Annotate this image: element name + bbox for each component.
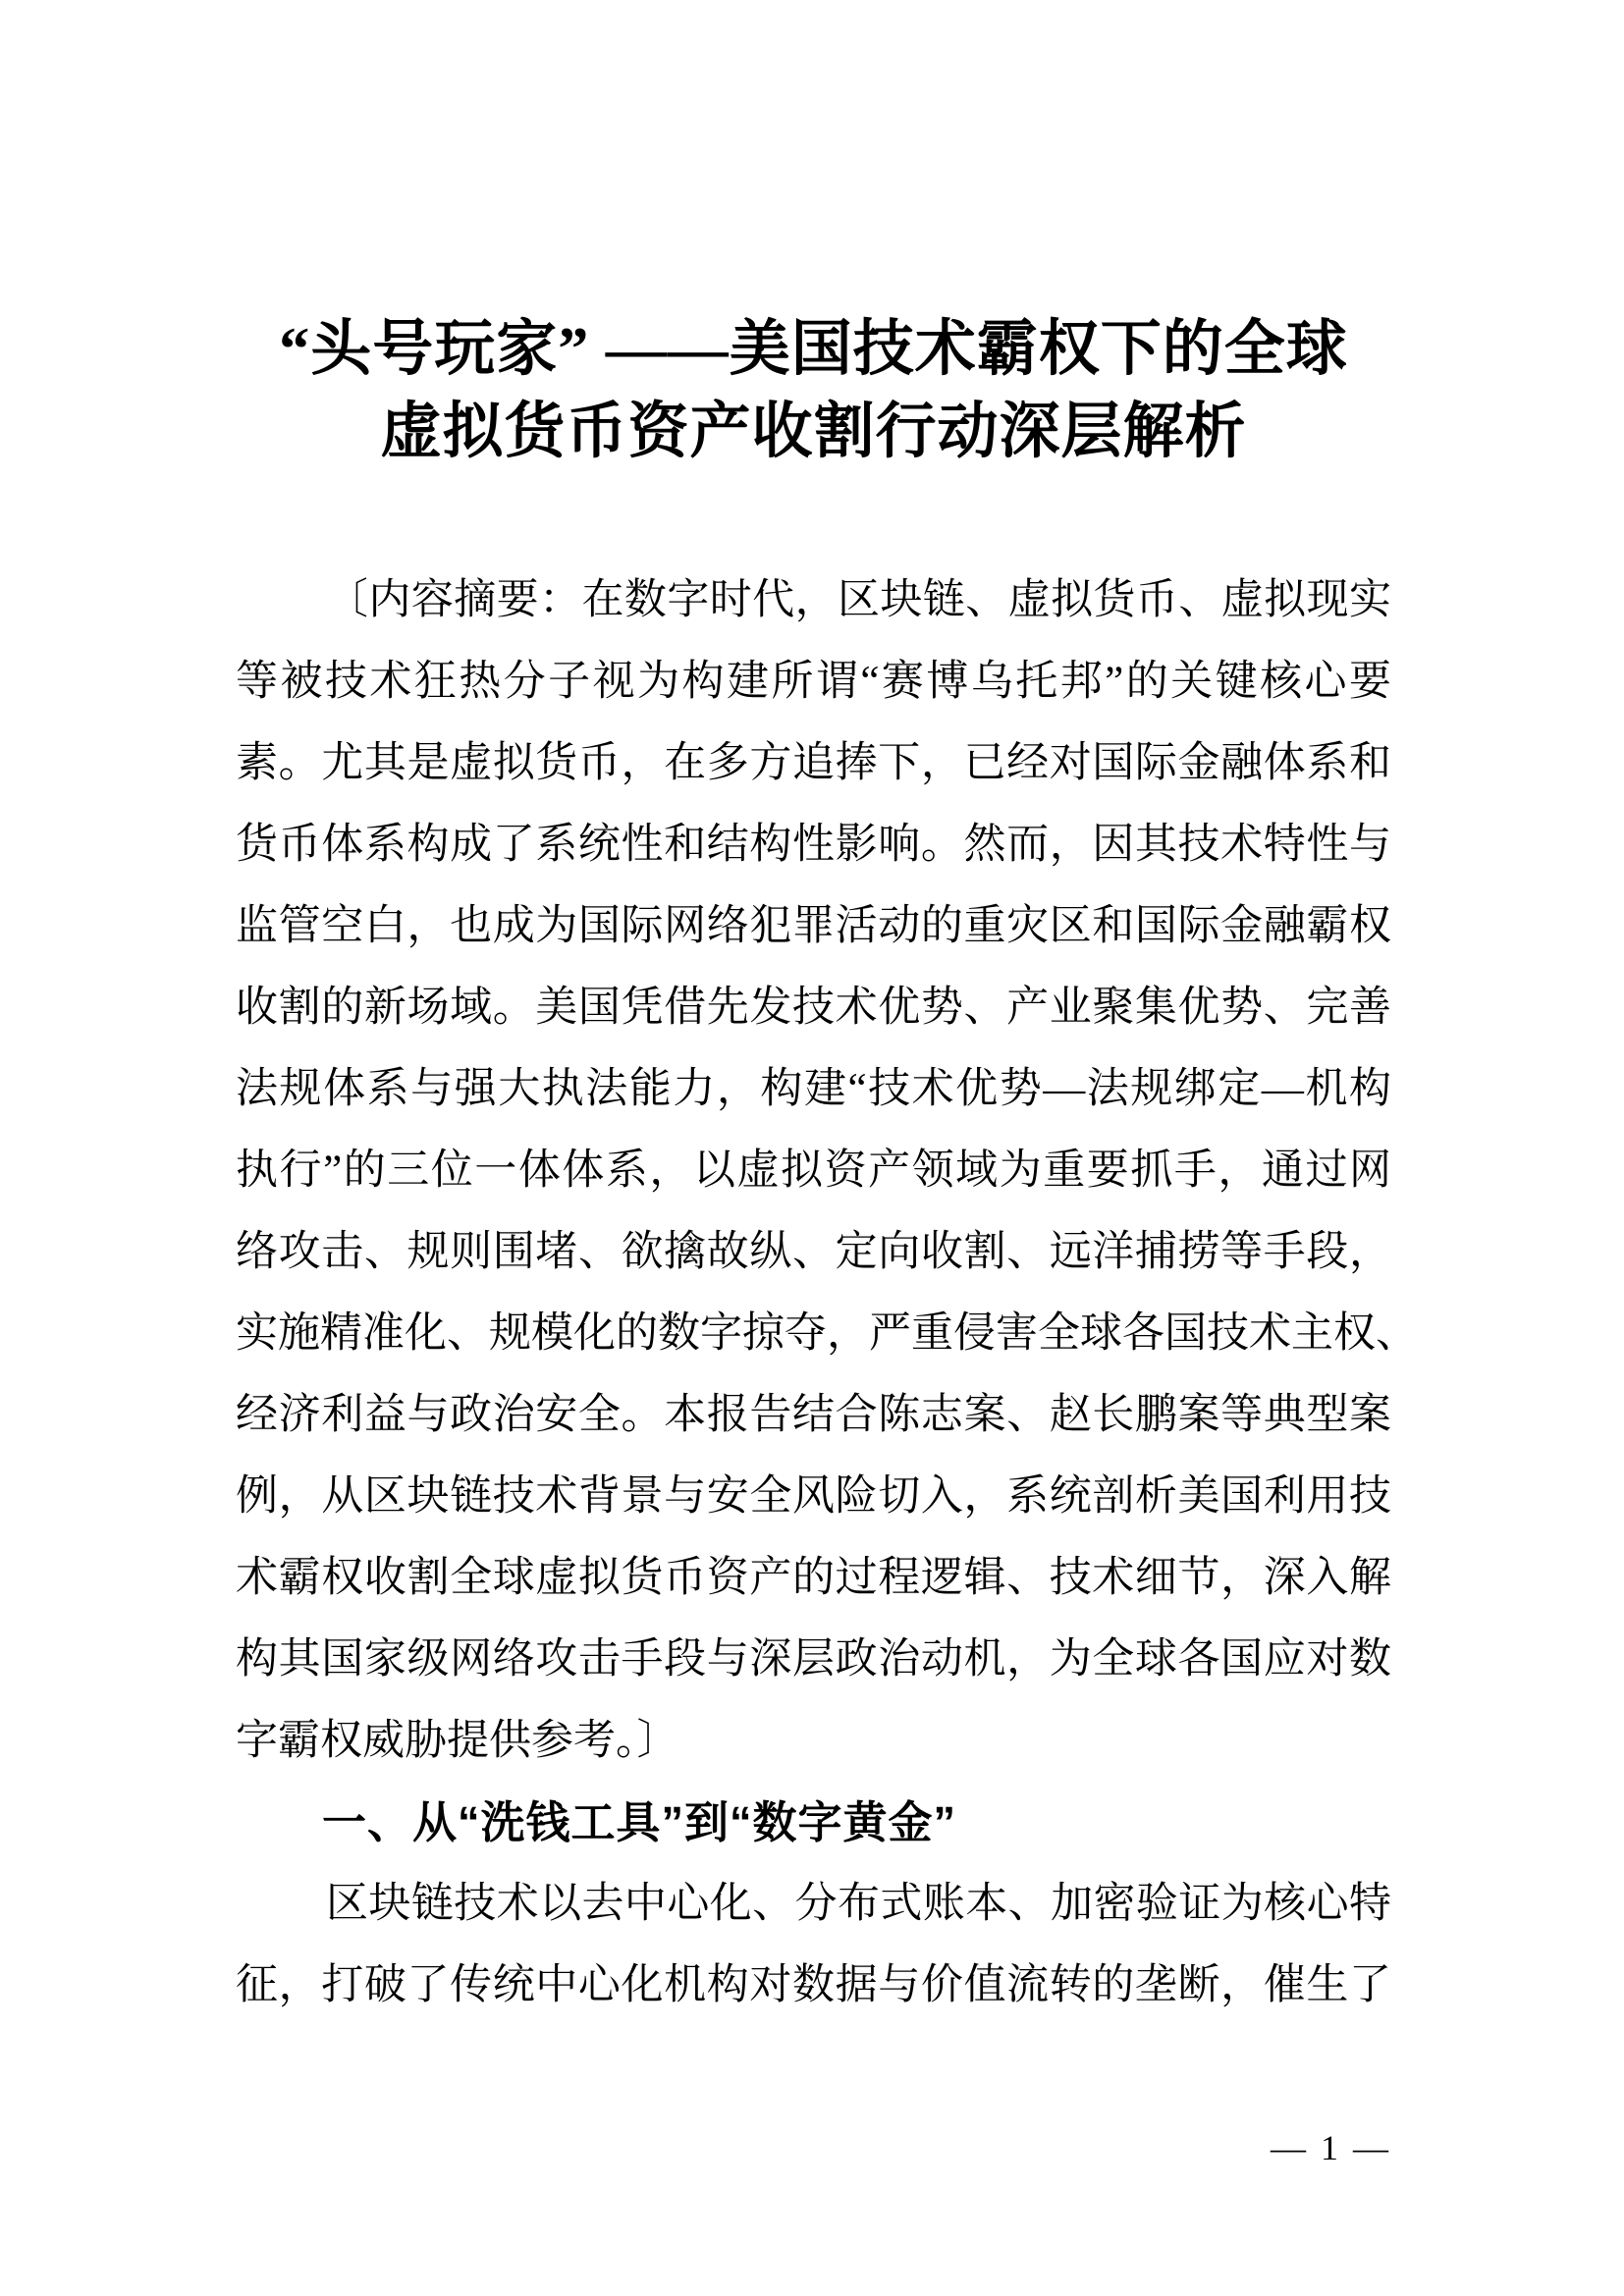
abstract-line-3: 素。尤其是虚拟货币，在多方追捧下，已经对国际金融体系和 (236, 722, 1391, 804)
abstract-line-5: 监管空白，也成为国际网络犯罪活动的重灾区和国际金融霸权 (236, 885, 1391, 967)
section-1-paragraph-line-2: 征，打破了传统中心化机构对数据与价值流转的垄断，催生了 (236, 1945, 1391, 2026)
abstract-line-12: 例，从区块链技术背景与安全风险切入，系统剖析美国利用技 (236, 1456, 1391, 1537)
abstract-line-14: 构其国家级网络攻击手段与深层政治动机，为全球各国应对数 (236, 1619, 1391, 1700)
abstract-line-7: 法规体系与强大执法能力，构建“技术优势—法规绑定—机构 (236, 1048, 1391, 1130)
section-1-paragraph-line-1: 区块链技术以去中心化、分布式账本、加密验证为核心特 (236, 1863, 1391, 1945)
abstract-line-6: 收割的新场域。美国凭借先发技术优势、产业聚集优势、完善 (236, 967, 1391, 1048)
page-number: — 1 — (1271, 2128, 1391, 2167)
abstract-line-2: 等被技术狂热分子视为构建所谓“赛博乌托邦”的关键核心要 (236, 641, 1391, 722)
document-body: 〔内容摘要：在数字时代，区块链、虚拟货币、虚拟现实 等被技术狂热分子视为构建所谓… (236, 560, 1391, 2026)
abstract-line-8: 执行”的三位一体体系，以虚拟资产领域为重要抓手，通过网 (236, 1130, 1391, 1211)
abstract-line-15: 字霸权威胁提供参考。〕 (236, 1700, 1391, 1782)
abstract-line-13: 术霸权收割全球虚拟货币资产的过程逻辑、技术细节，深入解 (236, 1537, 1391, 1619)
abstract-line-1: 〔内容摘要：在数字时代，区块链、虚拟货币、虚拟现实 (236, 560, 1391, 641)
document-title: “头号玩家” ——美国技术霸权下的全球 虚拟货币资产收割行动深层解析 (236, 308, 1391, 473)
section-1-heading: 一、从“洗钱工具”到“数字黄金” (236, 1782, 1391, 1863)
abstract-line-4: 货币体系构成了系统性和结构性影响。然而，因其技术特性与 (236, 804, 1391, 885)
document-page: “头号玩家” ——美国技术霸权下的全球 虚拟货币资产收割行动深层解析 〔内容摘要… (0, 0, 1624, 2296)
title-line-1: “头号玩家” ——美国技术霸权下的全球 (236, 308, 1391, 391)
abstract-line-9: 络攻击、规则围堵、欲擒故纵、定向收割、远洋捕捞等手段， (236, 1211, 1391, 1293)
abstract-line-11: 经济利益与政治安全。本报告结合陈志案、赵长鹏案等典型案 (236, 1374, 1391, 1456)
title-line-2: 虚拟货币资产收割行动深层解析 (236, 391, 1391, 473)
abstract-line-10: 实施精准化、规模化的数字掠夺，严重侵害全球各国技术主权、 (236, 1293, 1391, 1374)
